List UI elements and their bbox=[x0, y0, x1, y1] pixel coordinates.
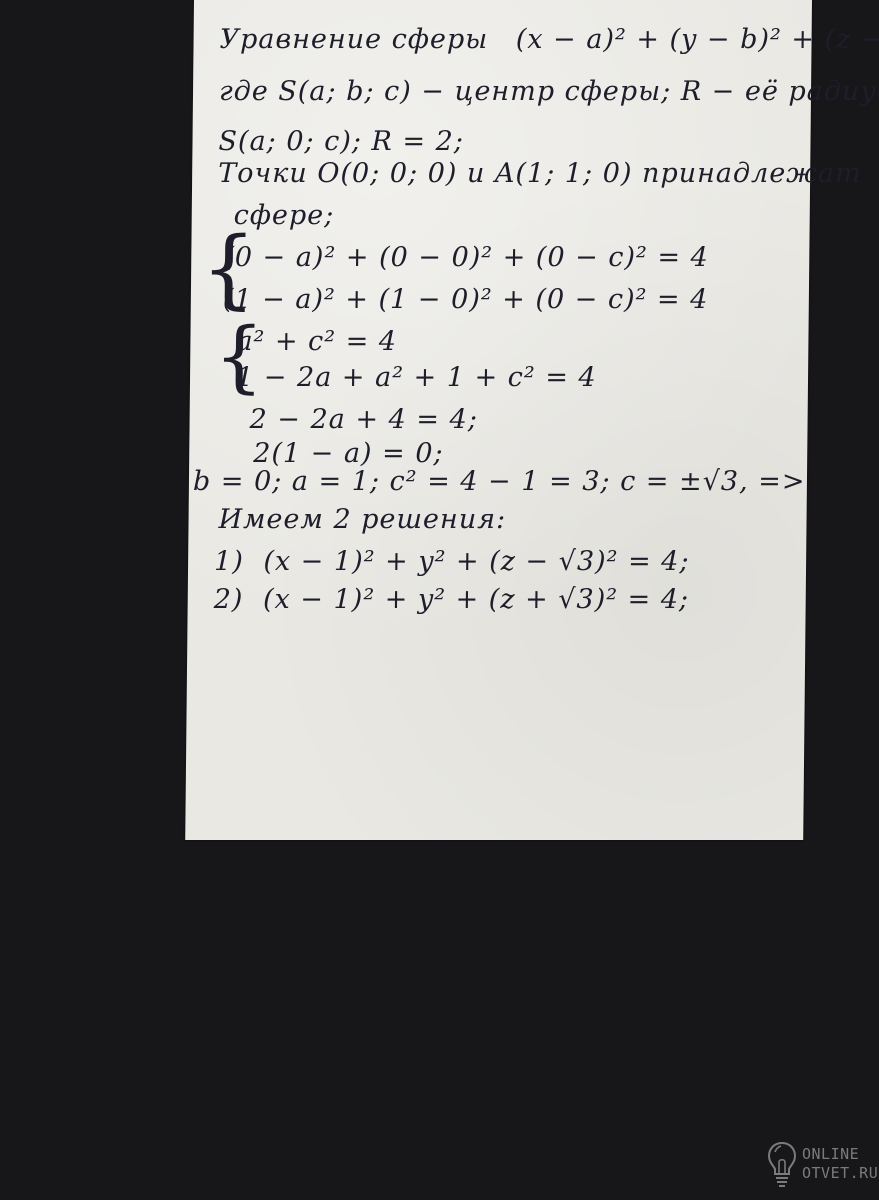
lightbulb-icon bbox=[766, 1140, 798, 1188]
line-factor: 2(1 − a) = 0; bbox=[253, 438, 444, 469]
solution-2: 2) (x − 1)² + y² + (z + √3)² = 4; bbox=[214, 584, 690, 615]
solution-2-label: 2) bbox=[214, 584, 244, 615]
solution-2-formula: (x − 1)² + y² + (z + √3)² = 4; bbox=[263, 584, 689, 615]
watermark-line-2: OTVET.RU bbox=[802, 1164, 878, 1183]
line-values-result: b = 0; a = 1; c² = 4 − 1 = 3; c = ±√3, =… bbox=[193, 466, 806, 497]
solution-1: 1) (x − 1)² + y² + (z − √3)² = 4; bbox=[214, 546, 690, 577]
line-simplify: 2 − 2a + 4 = 4; bbox=[249, 404, 478, 435]
system2-row1: a² + c² = 4 bbox=[236, 326, 397, 357]
line-center-radius-definition: где S(a; b; c) − центр сферы; R − её рад… bbox=[219, 76, 879, 107]
line-center-values: S(a; 0; c); R = 2; bbox=[218, 126, 464, 157]
sphere-equation-formula: (x − a)² + (y − b)² + (z − c)² = R², bbox=[516, 24, 879, 55]
watermark-line-1: ONLINE bbox=[802, 1145, 878, 1164]
watermark-text: ONLINE OTVET.RU bbox=[802, 1145, 878, 1183]
sphere-equation-label: Уравнение сферы bbox=[219, 24, 488, 55]
line-points-belong: Точки O(0; 0; 0) и A(1; 1; 0) принадлежа… bbox=[218, 158, 862, 189]
site-watermark: ONLINE OTVET.RU bbox=[766, 1140, 878, 1188]
handwritten-page: Уравнение сферы (x − a)² + (y − b)² + (z… bbox=[185, 0, 812, 840]
solution-1-label: 1) bbox=[214, 546, 244, 577]
line-sphere-equation: Уравнение сферы (x − a)² + (y − b)² + (z… bbox=[219, 24, 879, 55]
solution-1-formula: (x − 1)² + y² + (z − √3)² = 4; bbox=[263, 546, 689, 577]
line-two-solutions: Имеем 2 решения: bbox=[218, 504, 506, 535]
system1-row1: (0 − a)² + (0 − 0)² + (0 − c)² = 4 bbox=[223, 242, 709, 273]
system2-row2: 1 − 2a + a² + 1 + c² = 4 bbox=[236, 362, 597, 393]
system1-row2: (1 − a)² + (1 − 0)² + (0 − c)² = 4 bbox=[223, 284, 709, 315]
